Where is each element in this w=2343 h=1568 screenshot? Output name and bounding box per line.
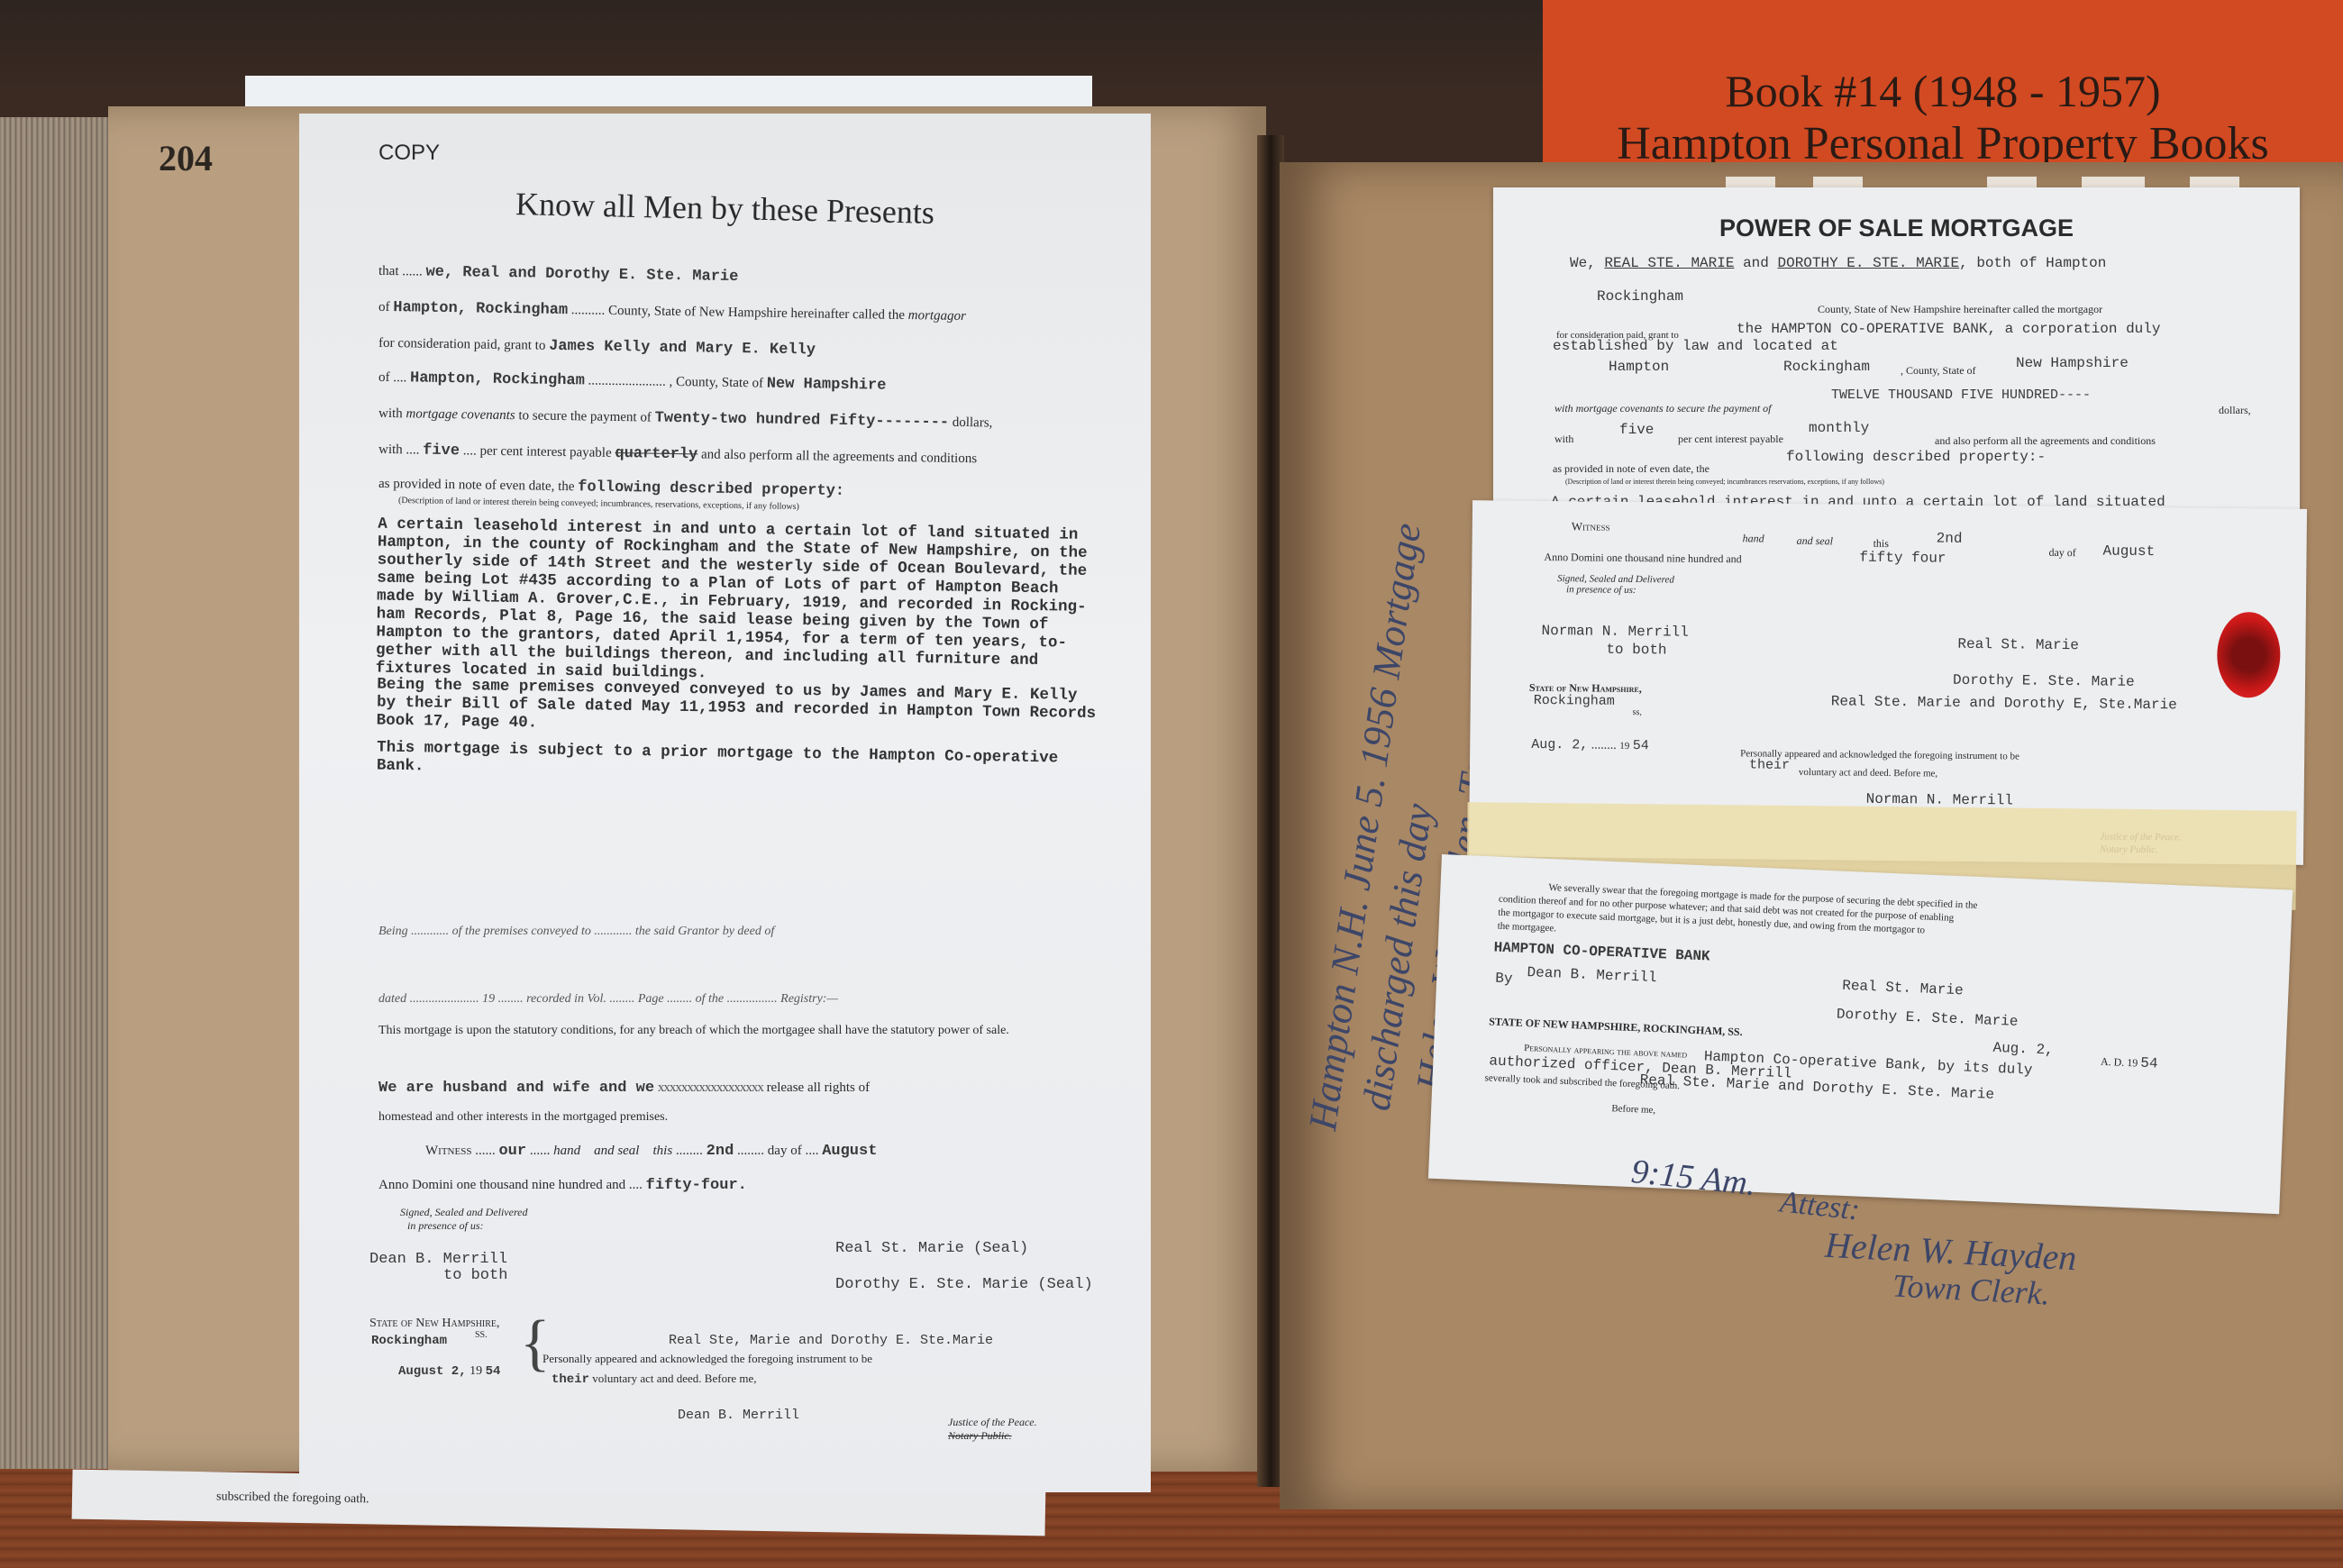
book-cover: Book #14 (1948 - 1957) Hampton Personal … — [1543, 0, 2343, 176]
pos-county-text: County, State of New Hampshire hereinaft… — [1818, 303, 2102, 316]
of-line: of Hampton, Rockingham .......... County… — [378, 299, 1088, 327]
wd-day-of: day of — [2048, 546, 2075, 560]
oath-signer2: Dorothy E. Ste. Marie — [1837, 1007, 2019, 1030]
wd-their: their — [1749, 757, 1790, 772]
witness-note: to both — [443, 1267, 507, 1284]
statutory-text: This mortgage is upon the statutory cond… — [378, 1024, 1081, 1038]
justice-signature: Dean B. Merrill — [678, 1408, 799, 1423]
pos-with: with — [1554, 433, 1573, 446]
pos-payable: monthly — [1809, 420, 1869, 436]
wd-year: fifty four — [1859, 550, 1946, 567]
state-label: State of New Hampshire, — [369, 1317, 500, 1331]
wd-day: 2nd — [1937, 531, 1963, 547]
pos-hint: (Description of land or interest therein… — [1565, 478, 1884, 486]
oath-ad: A. D. 19 54 — [2101, 1053, 2158, 1072]
pos-grantee: the HAMPTON CO-OPERATIVE BANK, a corpora… — [1737, 321, 2160, 337]
pos-rate: five — [1619, 422, 1654, 438]
that-line: that ...... we, Real and Dorothy E. Ste.… — [378, 263, 1088, 291]
prior-mortgage-paragraph: This mortgage is subject to a prior mort… — [377, 739, 1117, 787]
pos-rate-text: per cent interest payable — [1678, 433, 1783, 446]
ack-county: Rockingham — [371, 1334, 447, 1348]
oath-date: Aug. 2, — [1992, 1040, 2054, 1059]
justice-title: Justice of the Peace. — [948, 1416, 1037, 1429]
wd-signer2: Dorothy E. Ste. Marie — [1953, 672, 2135, 690]
pos-amount: TWELVE THOUSAND FIVE HUNDRED---- — [1831, 387, 2091, 403]
pos-agreements: and also perform all the agreements and … — [1935, 434, 2156, 448]
wd-signer1: Real St. Marie — [1957, 636, 2079, 653]
oath-state-line: STATE OF NEW HAMPSHIRE, ROCKINGHAM, SS. — [1489, 1015, 1743, 1039]
wd-hand: hand — [1743, 532, 1764, 545]
wax-seal-icon — [2217, 612, 2281, 698]
oath-bank: HAMPTON CO-OPERATIVE BANK — [1493, 940, 1710, 965]
of2-line: of .... Hampton, Rockingham ............… — [378, 369, 1088, 397]
wd-anno: Anno Domini one thousand nine hundred an… — [1544, 551, 1741, 566]
signer-real: Real St. Marie (Seal) — [835, 1240, 1028, 1257]
witness-line: Witness ...... our ...... hand and seal … — [425, 1143, 1088, 1160]
wd-seal: and seal — [1797, 534, 1833, 548]
dated-line: dated ...................... 19 ........… — [378, 992, 1088, 1007]
oath-signer1: Real St. Marie — [1842, 978, 1964, 999]
oath-by: By — [1495, 971, 1513, 988]
pos-title: POWER OF SALE MORTGAGE — [1493, 214, 2300, 242]
homestead-line: homestead and other interests in the mor… — [378, 1110, 1088, 1125]
notary-struck: Notary Public. — [948, 1429, 1012, 1443]
ss-label: SS. — [475, 1330, 488, 1340]
wd-month: August — [2102, 542, 2155, 560]
oath-names: Real Ste. Marie and Dorothy E. Ste. Mari… — [1639, 1071, 1994, 1102]
wd-names: Real Ste. Marie and Dorothy E, Ste.Marie — [1831, 693, 2177, 713]
wd-ss: ss, — [1633, 707, 1642, 717]
page-number: 204 — [159, 137, 213, 179]
pos-property: following described property:- — [1786, 449, 2046, 465]
pos-town: Hampton — [1609, 359, 1669, 375]
pos-payment-text: with mortgage covenants to secure the pa… — [1554, 402, 1772, 415]
ack-text2: their voluntary act and deed. Before me, — [552, 1372, 757, 1387]
husband-wife-line: We are husband and wife and we xxxxxxxxx… — [378, 1080, 1088, 1097]
under-sheet-text: subscribed the foregoing oath. — [216, 1490, 369, 1507]
oath-document: We severally swear that the foregoing mo… — [1428, 854, 2293, 1214]
wd-ack2: voluntary act and deed. Before me, — [1799, 767, 1937, 779]
pos-grantors: We, REAL STE. MARIE and DOROTHY E. STE. … — [1570, 255, 2106, 271]
ack-names: Real Ste, Marie and Dorothy E. Ste.Marie — [669, 1333, 993, 1348]
left-mortgage-document: COPY Know all Men by these Presents that… — [299, 114, 1151, 1492]
document-title: Know all Men by these Presents — [299, 180, 1152, 236]
interest-line: with .... five .... per cent interest pa… — [378, 442, 1088, 469]
copy-stamp: COPY — [378, 141, 440, 166]
pos-county-state: , County, State of — [1901, 364, 1976, 378]
oath-by-name: Dean B. Merrill — [1527, 964, 1657, 986]
pos-county2: Rockingham — [1783, 359, 1870, 375]
wd-county: Rockingham — [1534, 693, 1615, 709]
wd-this: this — [1873, 537, 1889, 551]
pos-grantee2: established by law and located at — [1553, 338, 1838, 354]
wd-signed-label: Signed, Sealed and Delivered in presence… — [1557, 573, 1674, 596]
ack-date: August 2, 19 54 — [398, 1364, 500, 1379]
signed-sealed-label: Signed, Sealed and Delivered in presence… — [400, 1206, 1088, 1233]
pos-note-text: as provided in note of even date, the — [1553, 462, 1709, 476]
wd-date: Aug. 2, ........ 19 54 — [1531, 737, 1649, 753]
signer-dorothy: Dorothy E. Ste. Marie (Seal) — [835, 1276, 1093, 1293]
premises-paragraph: Being the same premises conveyed conveye… — [377, 676, 1117, 742]
pos-county: Rockingham — [1597, 288, 1683, 305]
witness-signature: Dean B. Merrill — [369, 1251, 507, 1268]
wd-witness-label: Witness — [1572, 519, 1610, 533]
wd-witness-note: to both — [1606, 642, 1666, 659]
ack-text: Personally appeared and acknowledged the… — [542, 1352, 872, 1366]
power-of-sale-document: POWER OF SALE MORTGAGE We, REAL STE. MAR… — [1493, 187, 2300, 548]
anno-line: Anno Domini one thousand nine hundred an… — [378, 1177, 1088, 1194]
being-line: Being ............ of the premises conve… — [378, 925, 1088, 939]
cover-title-line1: Book #14 (1948 - 1957) — [1543, 65, 2343, 117]
pos-dollars: dollars, — [2219, 404, 2251, 417]
wd-witness-name: Norman N. Merrill — [1541, 623, 1688, 641]
book-page-edges — [0, 117, 117, 1469]
grant-line: for consideration paid, grant to James K… — [378, 335, 1088, 363]
pos-state: New Hampshire — [2016, 355, 2129, 371]
oath-before: Before me, — [1611, 1103, 1655, 1116]
payment-line: with mortgage covenants to secure the pa… — [378, 406, 1088, 433]
property-description: A certain leasehold interest in and unto… — [376, 515, 1117, 689]
